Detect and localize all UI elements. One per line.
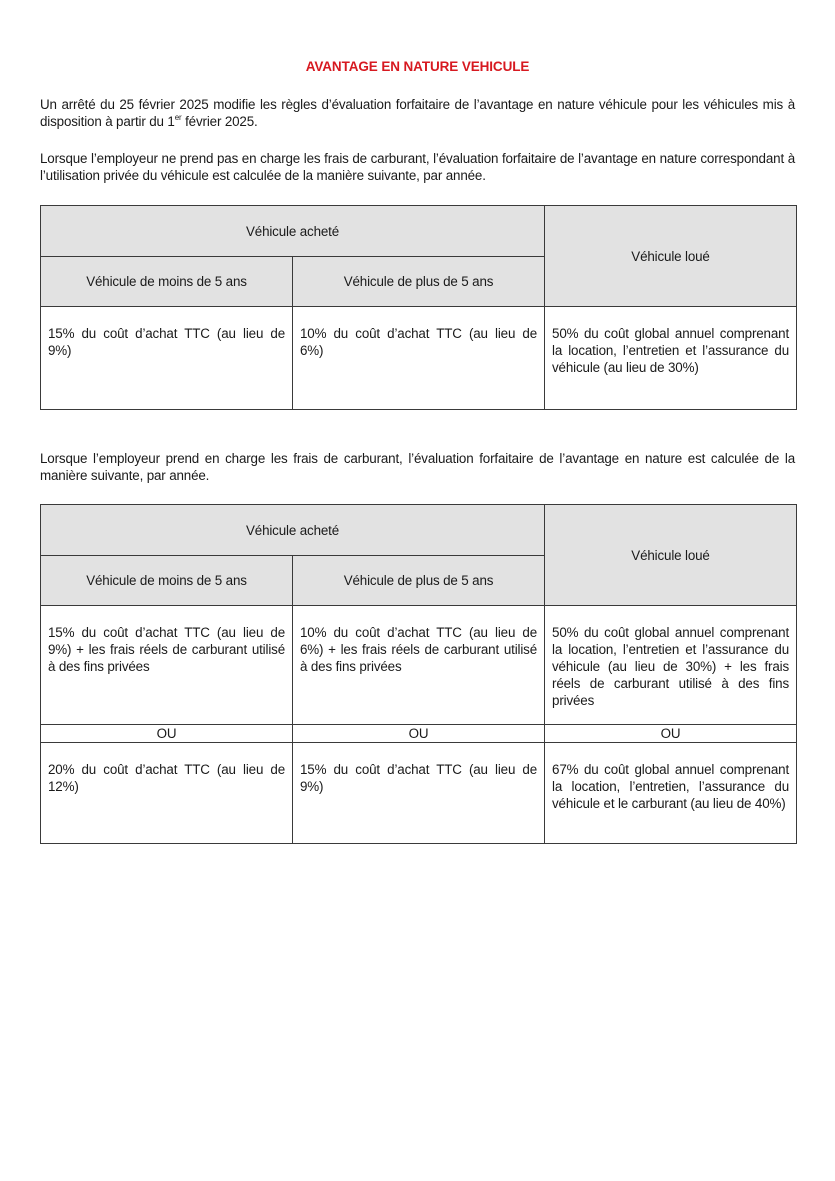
- paragraph-with-fuel: Lorsque l’employeur prend en charge les …: [40, 450, 795, 484]
- header-rented-vehicle: Véhicule loué: [545, 505, 797, 606]
- intro-superscript: er: [175, 113, 182, 122]
- cell-rented: 67% du coût global annuel comprenant la …: [545, 743, 797, 844]
- intro-paragraph: Un arrêté du 25 février 2025 modifie les…: [40, 96, 795, 130]
- header-purchased-vehicle: Véhicule acheté: [41, 206, 545, 257]
- separator-or: OU: [41, 725, 293, 743]
- cell-under-5-years: 15% du coût d’achat TTC (au lieu de 9%): [41, 307, 293, 410]
- header-over-5-years: Véhicule de plus de 5 ans: [293, 257, 545, 307]
- header-rented-vehicle: Véhicule loué: [545, 206, 797, 307]
- header-over-5-years: Véhicule de plus de 5 ans: [293, 556, 545, 606]
- intro-text-end: février 2025.: [182, 114, 258, 129]
- cell-over-5-years: 15% du coût d’achat TTC (au lieu de 9%): [293, 743, 545, 844]
- cell-rented: 50% du coût global annuel comprenant la …: [545, 307, 797, 410]
- table-row: 15% du coût d’achat TTC (au lieu de 9%) …: [41, 307, 797, 410]
- header-under-5-years: Véhicule de moins de 5 ans: [41, 556, 293, 606]
- document-title: AVANTAGE EN NATURE VEHICULE: [0, 59, 835, 74]
- header-purchased-vehicle: Véhicule acheté: [41, 505, 545, 556]
- cell-under-5-years: 20% du coût d’achat TTC (au lieu de 12%): [41, 743, 293, 844]
- separator-or: OU: [293, 725, 545, 743]
- table-no-fuel: Véhicule acheté Véhicule loué Véhicule d…: [40, 205, 797, 410]
- intro-text: Un arrêté du 25 février 2025 modifie les…: [40, 97, 795, 129]
- cell-over-5-years: 10% du coût d’achat TTC (au lieu de 6%) …: [293, 606, 545, 725]
- table-with-fuel: Véhicule acheté Véhicule loué Véhicule d…: [40, 504, 797, 844]
- table-row: 15% du coût d’achat TTC (au lieu de 9%) …: [41, 606, 797, 725]
- table-row: 20% du coût d’achat TTC (au lieu de 12%)…: [41, 743, 797, 844]
- paragraph-no-fuel: Lorsque l’employeur ne prend pas en char…: [40, 150, 795, 184]
- cell-under-5-years: 15% du coût d’achat TTC (au lieu de 9%) …: [41, 606, 293, 725]
- cell-over-5-years: 10% du coût d’achat TTC (au lieu de 6%): [293, 307, 545, 410]
- separator-row: OU OU OU: [41, 725, 797, 743]
- separator-or: OU: [545, 725, 797, 743]
- header-under-5-years: Véhicule de moins de 5 ans: [41, 257, 293, 307]
- cell-rented: 50% du coût global annuel comprenant la …: [545, 606, 797, 725]
